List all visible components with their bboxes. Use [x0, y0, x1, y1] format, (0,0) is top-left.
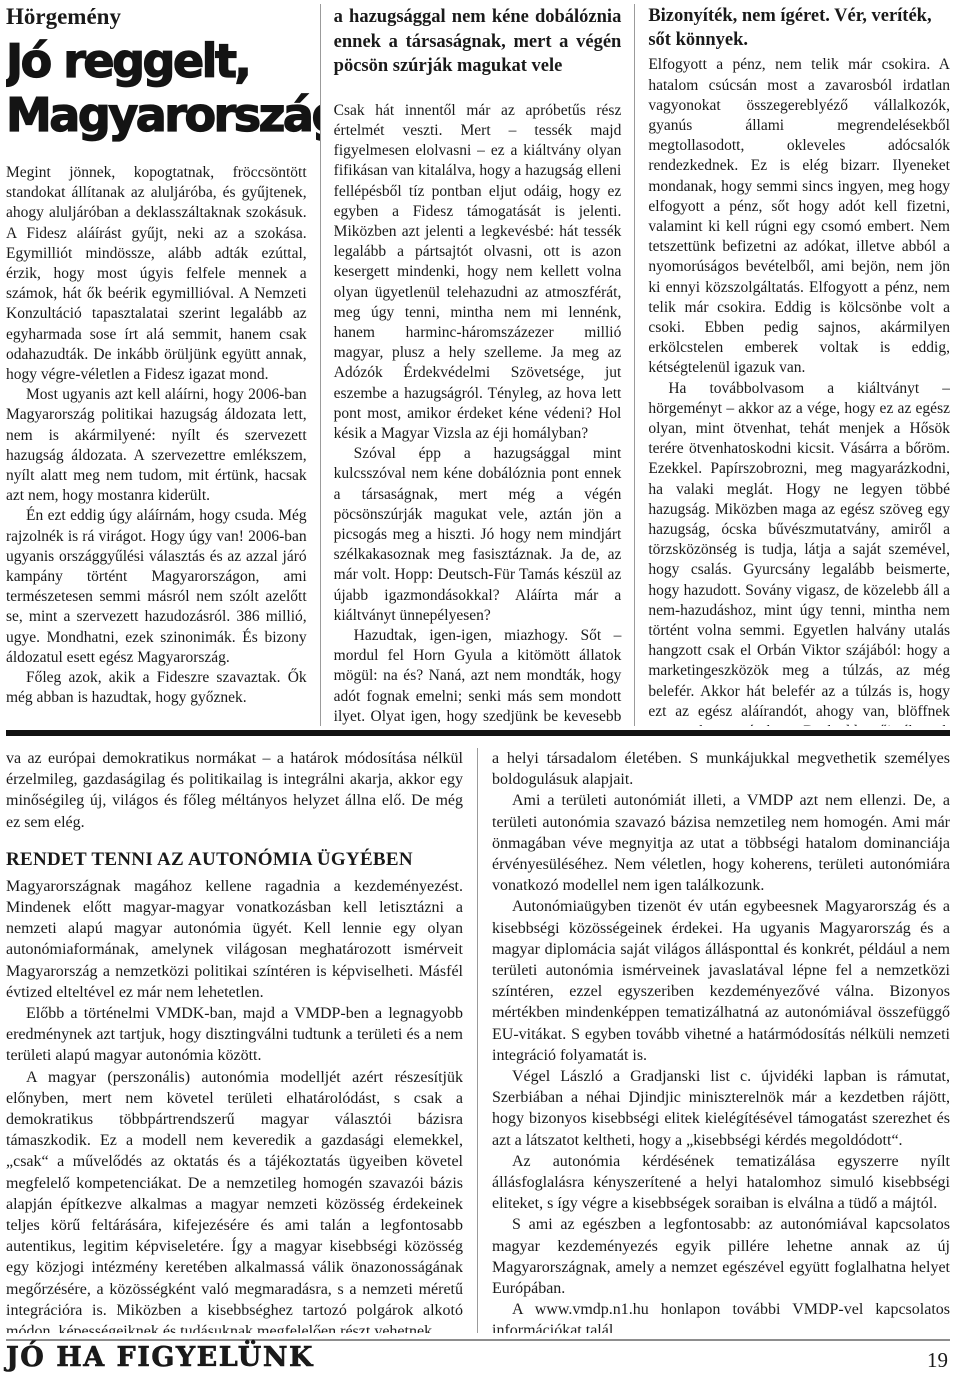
top-section: Hörgemény Jó reggelt,Magyarország Megint… [6, 4, 950, 726]
paragraph: Előbb a történelmi VMDK-ban, majd a VMDP… [6, 1003, 463, 1067]
section-divider [6, 730, 950, 736]
paragraph: Ami a területi autonómiát illeti, a VMDP… [492, 790, 950, 896]
page-number: 19 [927, 1350, 950, 1371]
bottom-article-heading: RENDET TENNI AZ AUTONÓMIA ÜGYÉBEN [6, 849, 463, 871]
article-subheading: Bizonyíték, nem ígéret. Vér, veríték, ső… [648, 5, 950, 52]
paragraph: Megint jönnek, kopogtatnak, fröccsöntött… [6, 163, 307, 385]
article-lead: a hazugsággal nem kéne dobálóznia ennek … [334, 5, 622, 79]
paragraph: Magyarországnak magához kellene ragadnia… [6, 876, 463, 1003]
paragraph: Szóval épp a hazugsággal mint kulcsszóva… [334, 444, 622, 626]
paragraph: Végel László a Gradjanski list c. újvidé… [492, 1066, 950, 1151]
newspaper-page: Hörgemény Jó reggelt,Magyarország Megint… [0, 0, 960, 1377]
paragraph: Elfogyott a pénz, nem telik már csokira.… [648, 55, 950, 378]
headline-line-2: Magyarország [6, 88, 321, 142]
article-headline: Jó reggelt,Magyarország [6, 35, 307, 143]
headline-line-1: Jó reggelt, [6, 34, 249, 88]
paragraph: va az európai demokratikus normákat – a … [6, 748, 463, 833]
paragraph: A www.vmdp.n1.hu honlapon további VMDP-v… [492, 1299, 950, 1333]
paragraph: Én ezt eddig úgy aláírnám, hogy csuda. M… [6, 506, 307, 668]
paragraph: Most ugyanis azt kell aláírni, hogy 2006… [6, 385, 307, 506]
article-kicker: Hörgemény [6, 4, 307, 29]
page-footer: JÓ HA FIGYELÜNK 19 [6, 1339, 950, 1371]
paragraph: Autonómiaügyben tizenöt év után egybeesn… [492, 896, 950, 1066]
paragraph: S ami az egészben a legfontosabb: az aut… [492, 1214, 950, 1299]
article-column-middle: a hazugsággal nem kéne dobálóznia ennek … [321, 4, 636, 726]
paragraph: Csak hát innentől már az apróbetűs rész … [334, 101, 622, 444]
bottom-column-right: a helyi társadalom életében. S munkájukk… [478, 748, 950, 1333]
paragraph: Hazudtak, igen-igen, miazhogy. Sőt – mor… [334, 626, 622, 726]
article-column-left: Hörgemény Jó reggelt,Magyarország Megint… [6, 4, 321, 726]
paragraph: a helyi társadalom életében. S munkájukk… [492, 748, 950, 790]
publication-masthead: JÓ HA FIGYELÜNK [6, 1344, 314, 1371]
bottom-column-left: va az európai demokratikus normákat – a … [6, 748, 478, 1333]
article-column-right: Bizonyíték, nem ígéret. Vér, veríték, ső… [635, 4, 950, 726]
paragraph: Az autonómia kérdésének tematizálása egy… [492, 1151, 950, 1215]
paragraph: A magyar (perszonális) autonómia modellj… [6, 1067, 463, 1333]
paragraph: Ha továbbolvasom a kiáltványt – hörgemén… [648, 379, 950, 726]
paragraph: Főleg azok, akik a Fideszre szavaztak. Ő… [6, 668, 307, 708]
bottom-section: va az európai demokratikus normákat – a … [6, 748, 950, 1333]
